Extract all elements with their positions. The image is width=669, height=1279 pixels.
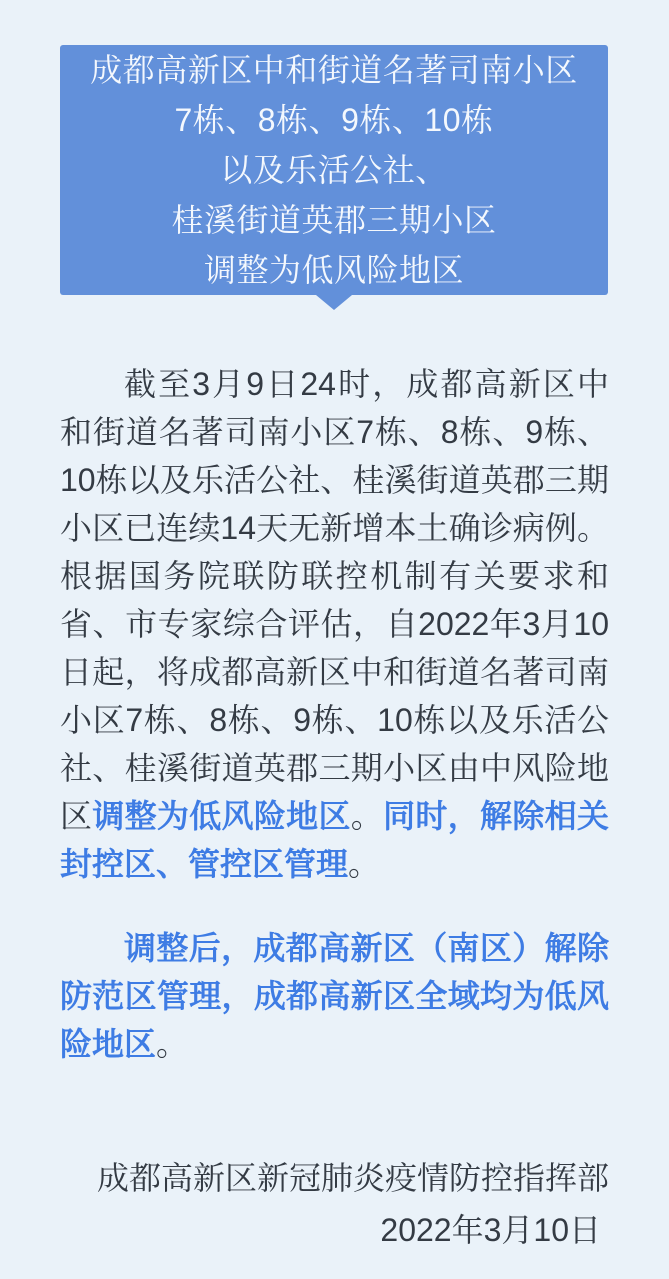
signature-organization: 成都高新区新冠肺炎疫情防控指挥部 (60, 1152, 609, 1204)
banner-line-1: 成都高新区中和街道名著司南小区 (90, 45, 578, 95)
paragraph-1: 截至3月9日24时，成都高新区中和街道名著司南小区7栋、8栋、9栋、10栋以及乐… (60, 360, 609, 888)
paragraph-1-period-2: 。 (348, 846, 380, 882)
paragraph-2: 调整后，成都高新区（南区）解除防范区管理，成都高新区全域均为低风险地区。 (60, 924, 609, 1068)
banner-line-5: 调整为低风险地区 (204, 245, 464, 295)
banner-pointer-triangle (316, 295, 352, 310)
paragraph-2-period: 。 (156, 1026, 188, 1062)
paragraph-1-period: 。 (351, 798, 383, 834)
banner-line-2: 7栋、8栋、9栋、10栋 (175, 95, 494, 145)
paragraph-1-accent-text: 调整为低风险地区 (92, 798, 350, 834)
banner-line-4: 桂溪街道英郡三期小区 (171, 195, 496, 245)
paragraph-2-accent-text: 调整后，成都高新区（南区）解除防范区管理，成都高新区全域均为低风险地区 (60, 930, 609, 1062)
signature-block: 成都高新区新冠肺炎疫情防控指挥部 2022年3月10日 (60, 1152, 609, 1256)
headline-banner: 成都高新区中和街道名著司南小区 7栋、8栋、9栋、10栋 以及乐活公社、 桂溪街… (60, 45, 608, 295)
banner-line-3: 以及乐活公社、 (220, 145, 448, 195)
signature-date: 2022年3月10日 (60, 1204, 609, 1256)
announcement-body: 截至3月9日24时，成都高新区中和街道名著司南小区7栋、8栋、9栋、10栋以及乐… (60, 360, 609, 1068)
paragraph-1-text: 截至3月9日24时，成都高新区中和街道名著司南小区7栋、8栋、9栋、10栋以及乐… (60, 366, 609, 834)
